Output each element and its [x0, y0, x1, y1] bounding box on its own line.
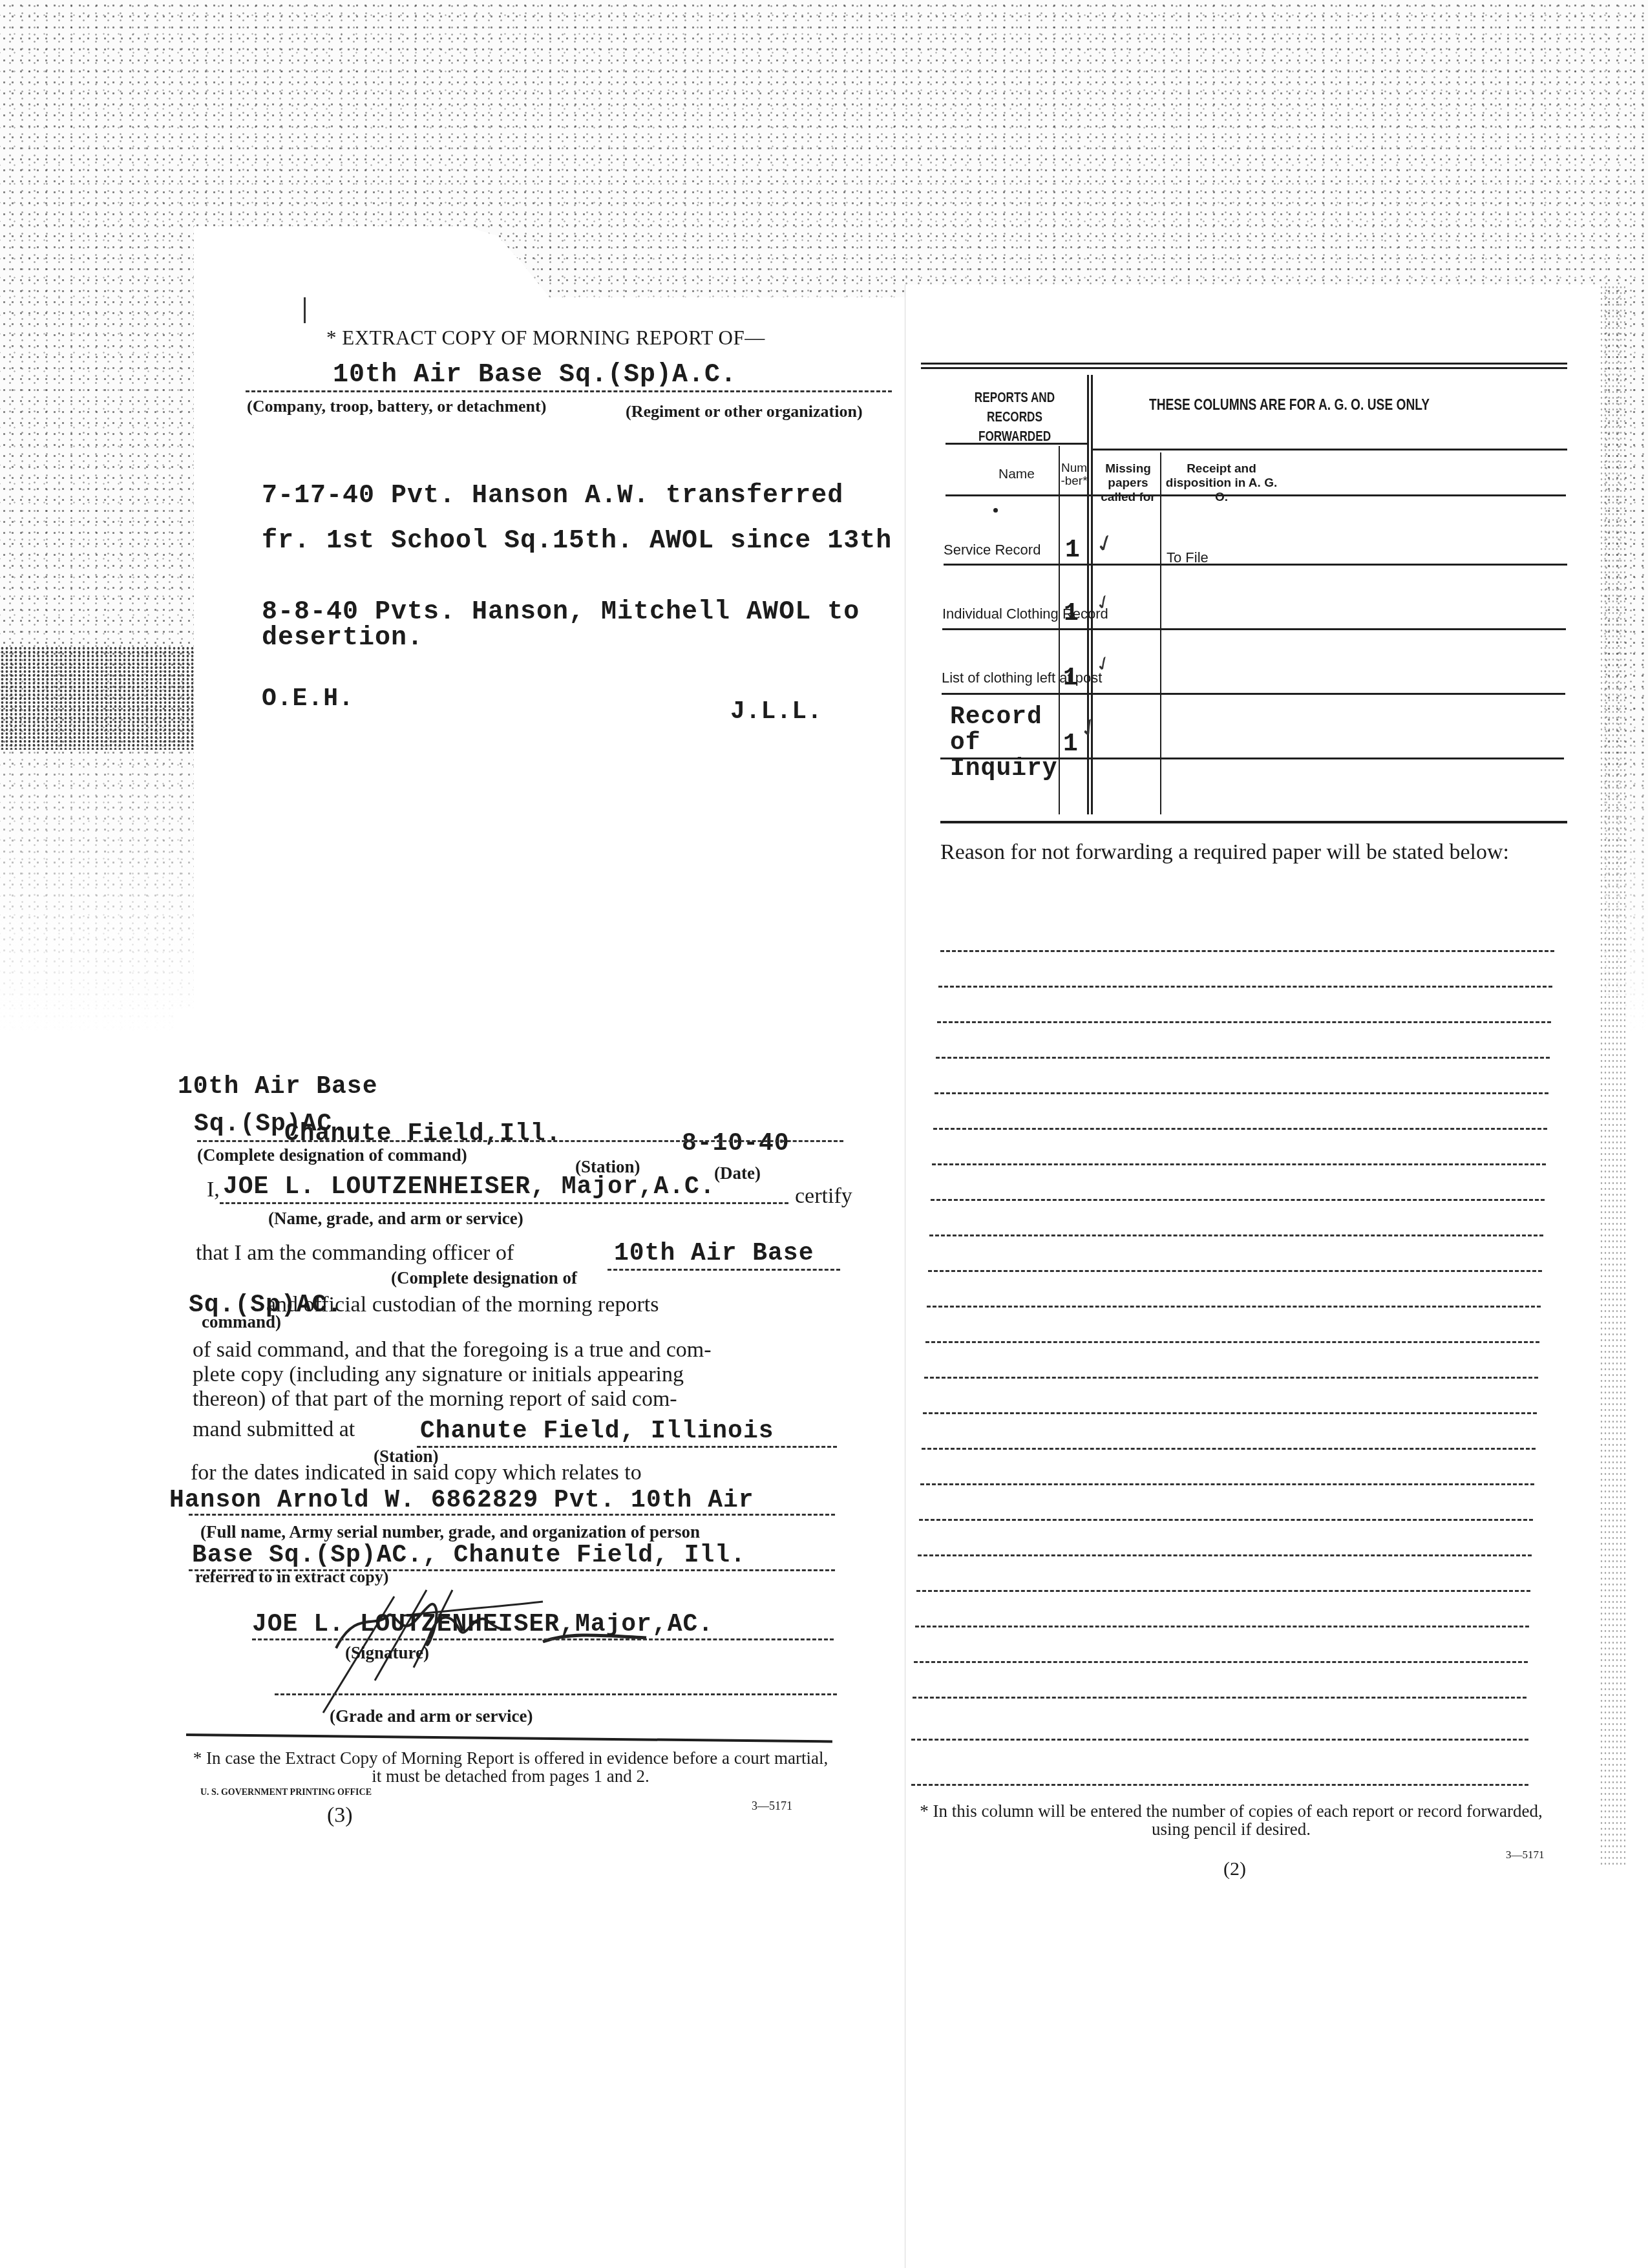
caption-date: (Date): [714, 1163, 761, 1183]
entry-2-line-2: desertion.: [262, 624, 423, 653]
reason-line[interactable]: [928, 1270, 1542, 1272]
pen-mark: [304, 297, 306, 323]
row-name: Service Record: [944, 542, 1041, 558]
cert-date: 8-10-40: [682, 1130, 790, 1158]
cert-dates-text: for the dates indicated in said copy whi…: [191, 1461, 642, 1485]
left-form-number: 3—5171: [752, 1799, 792, 1813]
grade-underline: [275, 1693, 837, 1695]
caption-command: (Complete designation of command): [197, 1145, 467, 1165]
reason-line[interactable]: [920, 1483, 1534, 1485]
left-page-number: (3): [327, 1803, 353, 1828]
row-rule: [940, 758, 1564, 759]
cert-body-line-2: plete copy (including any signature or i…: [193, 1362, 684, 1387]
form-title: * EXTRACT COPY OF MORNING REPORT OF—: [326, 326, 765, 350]
cert-body-line-3: thereon) of that part of the morning rep…: [193, 1387, 677, 1412]
cert-officer: JOE L. LOUTZENHEISER, Major,A.C.: [223, 1173, 715, 1201]
row-number: 1: [1064, 600, 1079, 628]
caption-command-cont: command): [202, 1312, 281, 1332]
reason-line[interactable]: [929, 1235, 1543, 1236]
reason-line[interactable]: [911, 1784, 1528, 1786]
col-number: Num-ber*: [1060, 462, 1088, 488]
caption-person: (Full name, Army serial number, grade, a…: [200, 1522, 700, 1542]
reason-line[interactable]: [911, 1739, 1528, 1741]
cert-submitted-text: mand submitted at: [193, 1417, 355, 1442]
caption-signature: (Signature): [345, 1643, 429, 1663]
table-divider-disposition: [1160, 452, 1161, 814]
table-top-rule-1: [921, 363, 1567, 365]
reason-line[interactable]: [935, 1092, 1548, 1094]
col-header-rule: [945, 494, 1566, 496]
entry-1-line-2: fr. 1st School Sq.15th. AWOL since 13th: [262, 527, 892, 556]
initials-left: O.E.H.: [262, 685, 354, 713]
reason-line[interactable]: [923, 1412, 1537, 1414]
cert-co-unit: 10th Air Base: [614, 1240, 814, 1267]
table-double-divider-a: [1087, 375, 1089, 814]
reason-line[interactable]: [936, 1057, 1550, 1059]
caption-complete-designation: (Complete designation of: [391, 1268, 577, 1288]
header-reports-forwarded: REPORTS AND RECORDS FORWARDED: [962, 388, 1068, 446]
row-rule: [942, 693, 1565, 695]
cert-person-line-1: Hanson Arnold W. 6862829 Pvt. 10th Air: [169, 1487, 754, 1514]
right-form-number: 3—5171: [1506, 1849, 1545, 1861]
cert-station: Chanute Field,Ill.: [284, 1120, 561, 1148]
reason-line[interactable]: [937, 1021, 1551, 1023]
right-footnote: * In this column will be entered the num…: [908, 1802, 1554, 1838]
col-missing-papers: Missing papers called for: [1097, 462, 1159, 505]
row-name: Record of Inquiry: [950, 705, 1060, 782]
reason-line[interactable]: [919, 1519, 1533, 1521]
table-top-rule-2: [921, 367, 1567, 369]
header-rule-left: [945, 443, 1088, 445]
initials-right: J.L.L.: [730, 698, 823, 726]
header-ago-use-only: THESE COLUMNS ARE FOR A. G. O. USE ONLY: [1134, 394, 1444, 416]
caption-company: (Company, troop, battery, or detachment): [247, 397, 546, 416]
reason-line[interactable]: [933, 1128, 1547, 1130]
caption-grade: (Grade and arm or service): [330, 1706, 533, 1726]
cert-command-underline: [197, 1140, 843, 1142]
row-rule: [944, 564, 1567, 566]
cert-custodian-text: and official custodian of the morning re…: [266, 1293, 659, 1317]
cert-co-text: that I am the commanding officer of: [196, 1241, 514, 1266]
cert-submitted-station: Chanute Field, Illinois: [420, 1417, 774, 1445]
reason-line[interactable]: [940, 950, 1554, 952]
row-number: 1: [1065, 536, 1081, 564]
cert-signature-typed: JOE L. LOUTZENHEISER,Major,AC.: [252, 1611, 713, 1638]
caption-regiment: (Regiment or other organization): [626, 402, 863, 421]
reason-line[interactable]: [922, 1448, 1536, 1450]
cert-person-line-2: Base Sq.(Sp)AC., Chanute Field, Ill.: [192, 1542, 746, 1569]
reason-line[interactable]: [914, 1661, 1528, 1663]
organization-field: 10th Air Base Sq.(Sp)A.C.: [333, 361, 737, 390]
reason-line[interactable]: [927, 1306, 1541, 1308]
cert-i: I,: [207, 1178, 220, 1202]
scan-dark-band: [0, 646, 194, 750]
printer-line: U. S. GOVERNMENT PRINTING OFFICE: [200, 1788, 372, 1798]
right-page-sheet: [905, 284, 1603, 2268]
right-page-number: (2): [1223, 1858, 1246, 1880]
cert-co-underline: [607, 1269, 840, 1271]
scan-edge-strip: [1600, 284, 1625, 1868]
cert-command-line-1: 10th Air Base: [178, 1073, 377, 1101]
reason-line[interactable]: [918, 1554, 1532, 1556]
ditto-dot: [993, 508, 998, 513]
table-bottom-rule: [940, 821, 1567, 823]
cert-certify: certify: [795, 1184, 852, 1209]
entry-1-line-1: 7-17-40 Pvt. Hanson A.W. transferred: [262, 482, 843, 511]
reason-label: Reason for not forwarding a required pap…: [940, 840, 1593, 865]
col-disposition: Receipt and disposition in A. G. O.: [1163, 462, 1280, 505]
reason-line[interactable]: [925, 1341, 1539, 1343]
reason-line[interactable]: [913, 1697, 1527, 1699]
signature-underline: [252, 1638, 834, 1640]
reason-line[interactable]: [932, 1163, 1546, 1165]
header-rule-right: [1092, 449, 1567, 450]
row-number: 1: [1063, 664, 1079, 692]
row-number: 1: [1063, 730, 1079, 758]
reason-line[interactable]: [916, 1590, 1530, 1592]
cert-officer-underline: [220, 1202, 788, 1204]
reason-line[interactable]: [915, 1626, 1529, 1627]
cert-person-underline: [189, 1514, 835, 1516]
row-rule: [942, 628, 1566, 630]
reason-line[interactable]: [924, 1377, 1538, 1379]
reason-line[interactable]: [938, 986, 1552, 988]
caption-name-grade: (Name, grade, and arm or service): [268, 1209, 523, 1229]
left-footnote: * In case the Extract Copy of Morning Re…: [187, 1749, 834, 1785]
reason-line[interactable]: [931, 1199, 1545, 1201]
cert-body-line-1: of said command, and that the foregoing …: [193, 1338, 712, 1362]
cert-submitted-underline: [417, 1446, 837, 1448]
row-name: Individual Clothing Record: [942, 606, 1108, 622]
entry-2-line-1: 8-8-40 Pvts. Hanson, Mitchell AWOL to: [262, 598, 860, 627]
organization-underline: [246, 390, 892, 392]
col-name: Name: [998, 467, 1035, 482]
